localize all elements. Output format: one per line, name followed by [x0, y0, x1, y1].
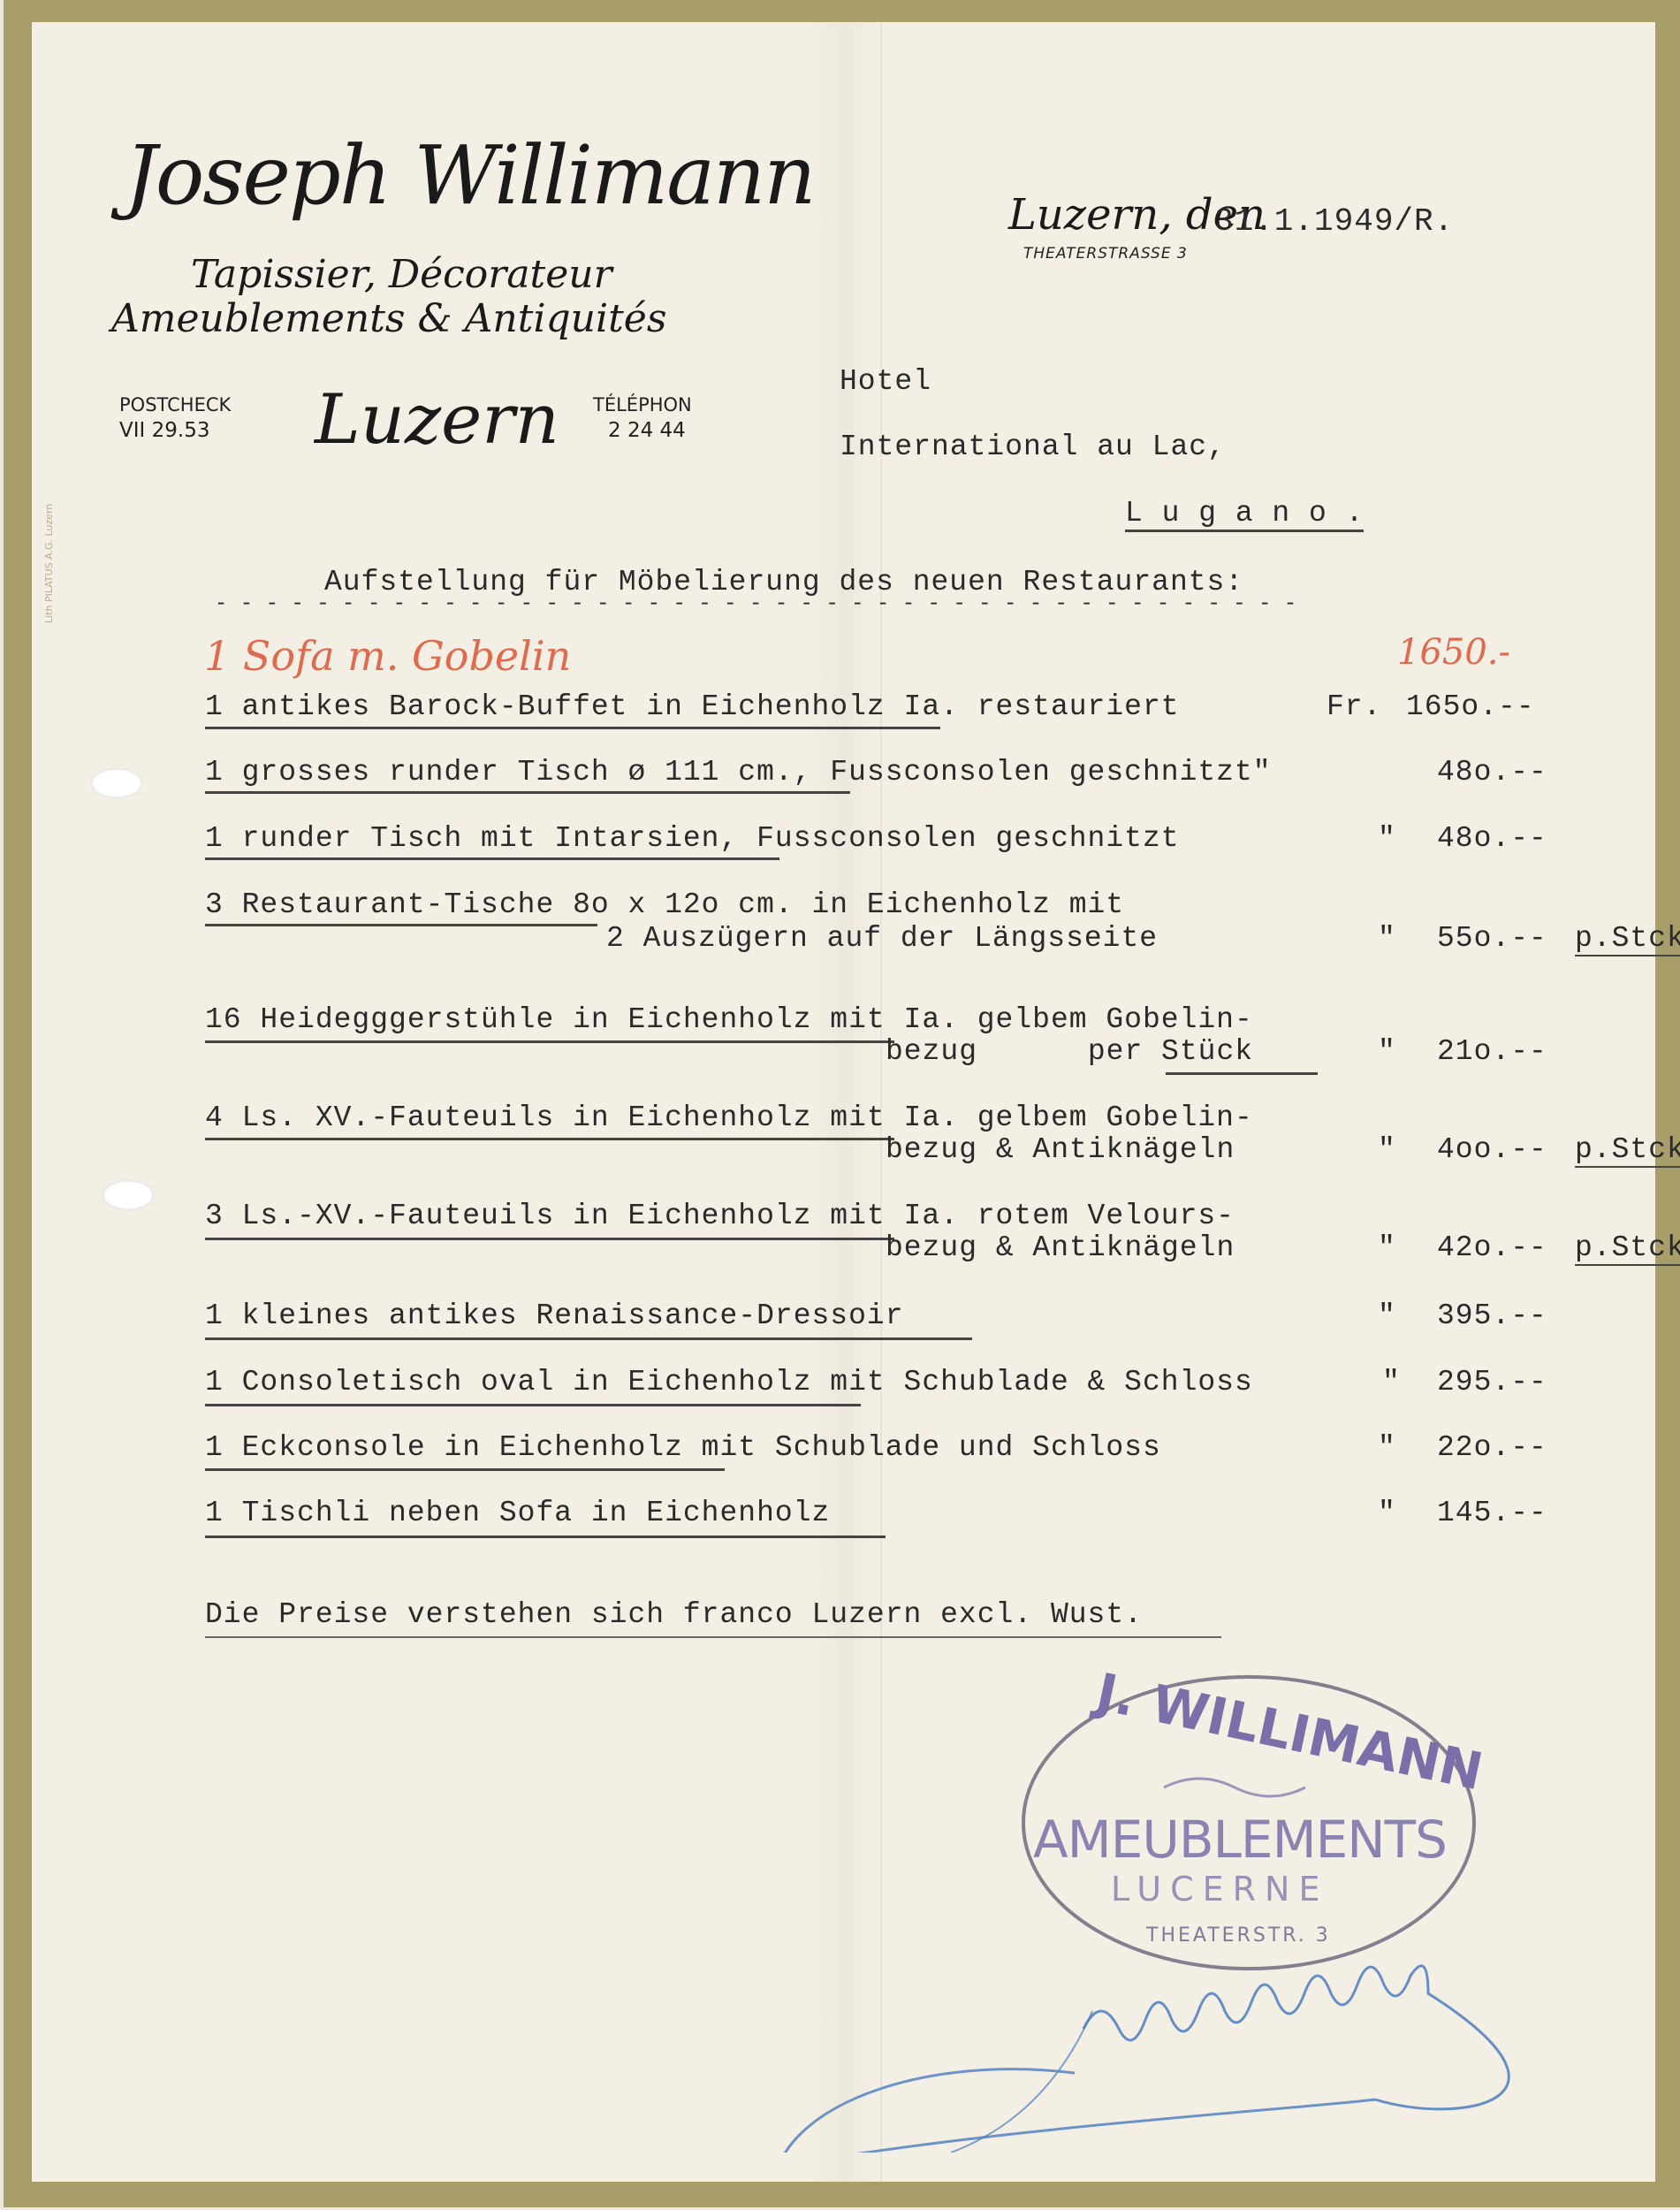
letter-page: Lith PILATUS A.G. Luzern Joseph Williman…	[32, 22, 1655, 2182]
item-underline	[205, 727, 940, 729]
item-currency: Fr.	[1327, 690, 1381, 723]
ditto-mark: "	[1378, 1497, 1396, 1529]
ditto-mark: "	[1378, 1133, 1396, 1166]
item-price: 21o.--	[1437, 1035, 1547, 1068]
recipient-city: L u g a n o .	[1125, 497, 1364, 532]
signature	[756, 1896, 1658, 2153]
item-price: 48o.--	[1437, 756, 1547, 789]
handwritten-item: 1 Sofa m. Gobelin	[204, 632, 571, 680]
item-unit: p.Stck.	[1575, 1231, 1680, 1266]
item-underline	[205, 924, 597, 926]
item-description-cont: bezug per Stück	[886, 1035, 1253, 1068]
printer-imprint: Lith PILATUS A.G. Luzern	[43, 504, 55, 623]
item-description: 1 antikes Barock-Buffet in Eichenholz Ia…	[205, 690, 1180, 723]
ditto-mark: "	[1378, 1299, 1396, 1332]
terms-underline	[205, 1636, 1221, 1638]
item-unit: p.Stck.	[1575, 922, 1680, 956]
ditto-mark: "	[1378, 1035, 1396, 1068]
ditto-mark: "	[1378, 1231, 1396, 1264]
ditto-mark: "	[1382, 1366, 1401, 1398]
ditto-mark: "	[1378, 1431, 1396, 1464]
item-description: 4 Ls. XV.-Fauteuils in Eichenholz mit Ia…	[205, 1101, 1253, 1134]
signature-flourish-icon	[756, 1896, 1658, 2153]
recipient-line-2: International au Lac,	[840, 431, 1226, 463]
handwritten-amount: 1650.-	[1397, 632, 1510, 673]
item-description: 1 grosses runder Tisch ø 111 cm., Fussco…	[205, 756, 1272, 789]
stamp-trade: AMEUBLEMENTS	[1033, 1810, 1447, 1870]
item-price: 48o.--	[1437, 822, 1547, 855]
item-underline	[205, 791, 850, 794]
item-price: 295.--	[1437, 1366, 1547, 1398]
postcheck-value: VII 29.53	[119, 419, 209, 442]
item-underline	[205, 1238, 894, 1240]
item-price: 4oo.--	[1437, 1133, 1547, 1166]
item-unit: p.Stck.	[1575, 1133, 1680, 1168]
item-price: 395.--	[1437, 1299, 1547, 1332]
punch-hole-top	[91, 768, 142, 798]
item-description: 16 Heidegggerstühle in Eichenholz mit Ia…	[205, 1003, 1253, 1036]
item-price: 55o.--	[1437, 922, 1547, 955]
item-underline	[205, 1138, 894, 1140]
item-description-cont: bezug & Antiknägeln	[886, 1133, 1235, 1166]
postcheck-label: POSTCHECK	[119, 394, 231, 415]
item-underline-per-piece	[1166, 1072, 1318, 1075]
company-subtitle-goods: Ameublements & Antiquités	[111, 296, 666, 341]
company-city: Luzern	[315, 380, 559, 460]
recipient-line-1: Hotel	[840, 365, 931, 398]
item-description-cont: bezug & Antiknägeln	[886, 1231, 1235, 1264]
letter-date: 31.1.1949/R.	[1214, 203, 1454, 240]
telephone-label: TÉLÉPHON	[593, 394, 692, 415]
item-price: 165o.--	[1406, 690, 1535, 723]
item-description: 1 Consoletisch oval in Eichenholz mit Sc…	[205, 1366, 1253, 1398]
item-underline	[205, 1536, 886, 1538]
item-description-cont: 2 Auszügern auf der Längsseite	[606, 922, 1158, 955]
item-description: 1 Eckconsole in Eichenholz mit Schublade…	[205, 1431, 1161, 1464]
company-address: THEATERSTRASSE 3	[1023, 245, 1188, 263]
ditto-mark: "	[1378, 822, 1396, 855]
terms-note: Die Preise verstehen sich franco Luzern …	[205, 1598, 1143, 1631]
heading-dashed-rule: - - - - - - - - - - - - - - - - - - - - …	[215, 592, 1296, 616]
item-underline	[205, 1040, 894, 1043]
item-description: 1 Tischli neben Sofa in Eichenholz	[205, 1497, 830, 1529]
telephone-value: 2 24 44	[608, 419, 686, 442]
company-subtitle-trade: Tapissier, Décorateur	[191, 252, 612, 297]
company-name: Joseph Willimann	[125, 128, 815, 223]
item-price: 145.--	[1437, 1497, 1547, 1529]
item-description: 3 Restaurant-Tische 8o x 12o cm. in Eich…	[205, 888, 1124, 921]
item-price: 42o.--	[1437, 1231, 1547, 1264]
item-description: 1 kleines antikes Renaissance-Dressoir	[205, 1299, 904, 1332]
item-underline	[205, 1337, 972, 1340]
item-description: 1 runder Tisch mit Intarsien, Fussconsol…	[205, 822, 1180, 855]
ditto-mark: "	[1378, 922, 1396, 955]
item-description: 3 Ls.-XV.-Fauteuils in Eichenholz mit Ia…	[205, 1200, 1235, 1232]
item-underline	[205, 1404, 861, 1406]
punch-hole-bottom	[103, 1180, 154, 1210]
item-underline	[205, 857, 779, 860]
item-price: 22o.--	[1437, 1431, 1547, 1464]
item-underline	[205, 1468, 725, 1471]
